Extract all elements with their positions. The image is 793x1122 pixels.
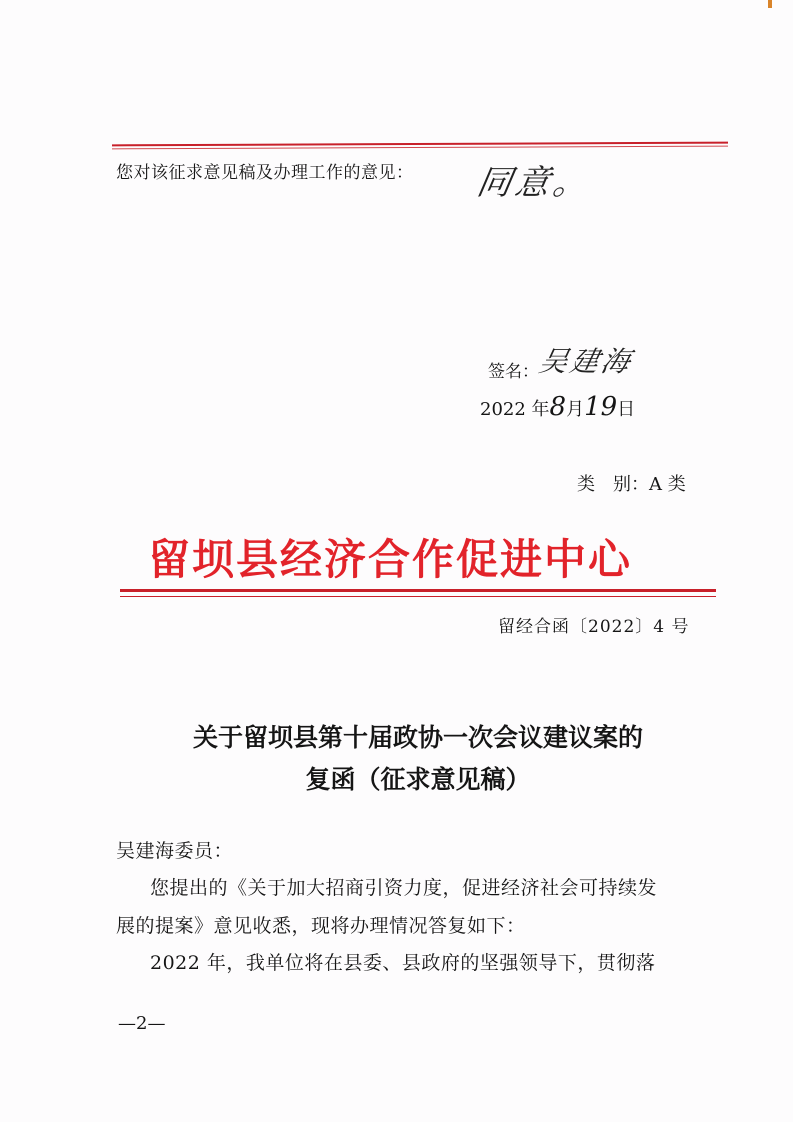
body-paragraph-line: 展的提案》意见收悉，现将办理情况答复如下： [116,911,526,938]
date-month-handwritten: 8 [550,392,567,422]
top-divider-thin [112,146,728,150]
category-label: 类 别： [577,474,649,495]
letterhead-rule-thick [120,589,716,592]
document-number: 留经合函〔2022〕4 号 [498,612,689,637]
opinion-label: 您对该征求意见稿及办理工作的意见： [116,158,414,183]
letterhead-rule-thin [120,596,716,597]
body-paragraph-line: 2022 年，我单位将在县委、县政府的坚强领导下，贯彻落 [150,948,655,975]
page-number: —2— [118,1013,165,1034]
body-paragraph-line: 您提出的《关于加大招商引资力度，促进经济社会可持续发 [150,873,657,900]
signature-date: 2022 年8月19日 [480,392,635,422]
date-day-label: 日 [617,399,635,420]
signature-label: 签名： [488,357,539,382]
date-month-label: 月 [566,399,584,420]
category: 类 别：A 类 [577,470,686,496]
letterhead-organization: 留坝县经济合作促进中心 [148,527,632,587]
corner-mark [768,0,772,8]
salutation: 吴建海委员： [116,836,233,863]
handwritten-signature: 吴建海 [536,340,638,380]
date-day-handwritten: 19 [584,392,617,422]
date-year: 2022 年 [480,399,550,420]
category-value: A 类 [649,474,686,495]
document-title-line2: 复函（征求意见稿） [120,760,716,796]
document-title-line1: 关于留坝县第十届政协一次会议建议案的 [120,718,716,754]
handwritten-opinion: 同意。 [474,155,597,204]
